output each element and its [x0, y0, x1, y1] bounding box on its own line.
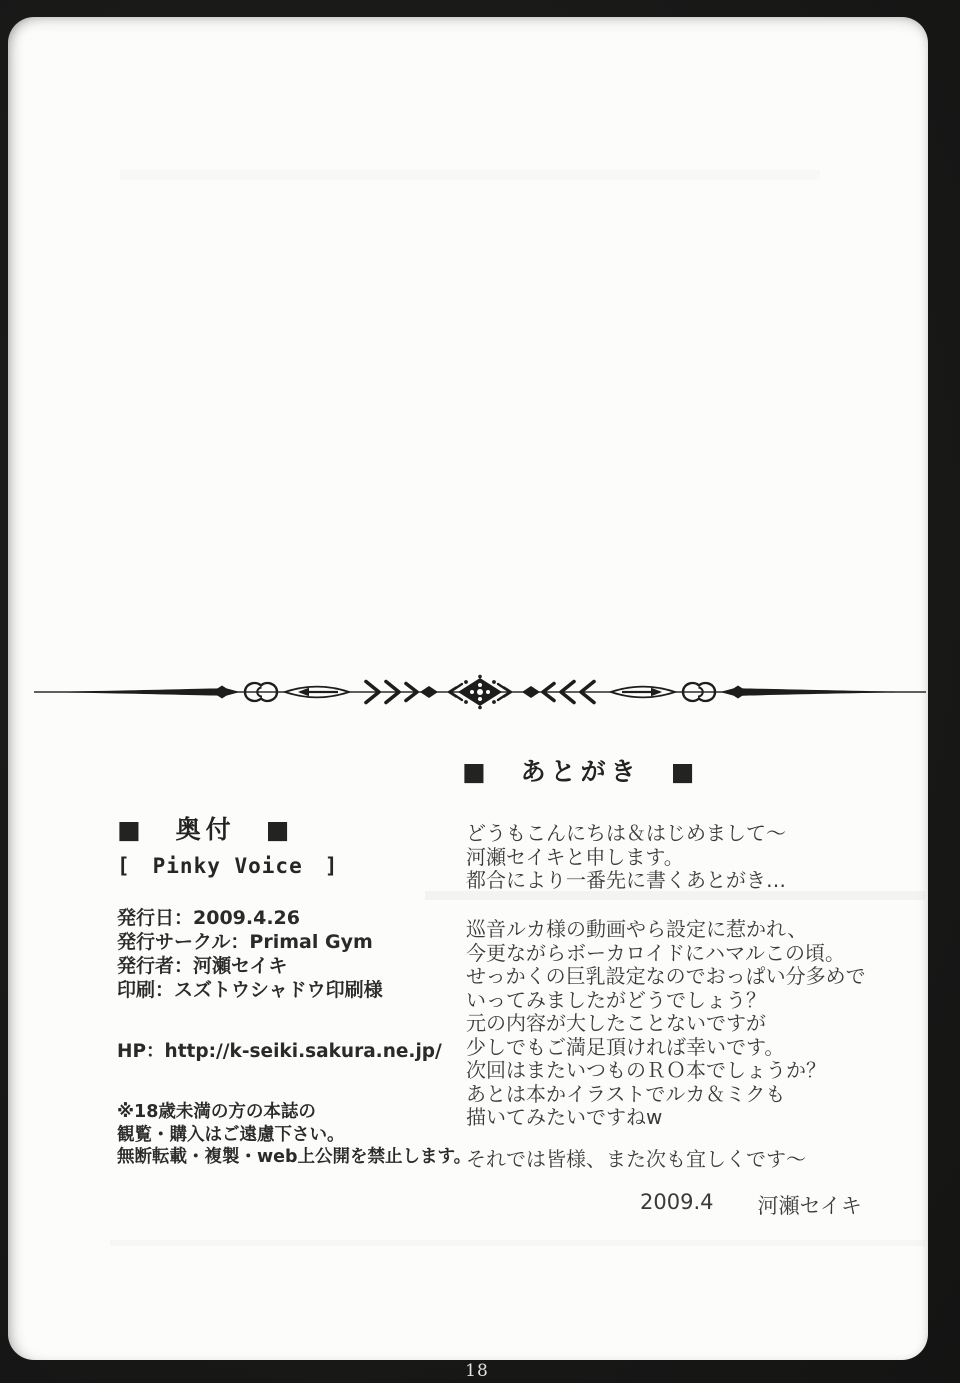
afterword-paragraph-1: どうもこんにちは＆はじめまして～ 河瀬セイキと申します。 都合により一番先に書く… [466, 822, 786, 893]
afterword-line: せっかくの巨乳設定なのでおっぱい分多めで [466, 965, 866, 989]
ornamental-divider [30, 672, 930, 712]
afterword-line: あとは本かイラストでルカ＆ミクも [466, 1083, 866, 1107]
afterword-line: 次回はまたいつものＲＯ本でしょうか？ [466, 1059, 866, 1083]
afterword-heading: ■ あとがき ■ [462, 752, 699, 788]
afterword-line: いってみましたがどうでしょう？ [466, 989, 866, 1013]
afterword-line: 都合により一番先に書くあとがき… [466, 869, 786, 893]
afterword-line: 描いてみたいですねw [466, 1106, 866, 1130]
age-warning-line: 観覧・購入はご遠慮下さい。 [117, 1124, 471, 1147]
afterword-line: それでは皆様、また次も宜しくです～ [466, 1148, 806, 1172]
afterword-line: 今更ながらボーカロイドにハマルこの頃。 [466, 942, 866, 966]
age-warning-line: ※18歳未満の方の本誌の [117, 1101, 471, 1124]
afterword-line: 少しでもご満足頂ければ幸いです。 [466, 1036, 866, 1060]
age-warning: ※18歳未満の方の本誌の 観覧・購入はご遠慮下さい。 無断転載・複製・web上公… [117, 1101, 471, 1169]
publication-details: 発行日：2009.4.26 発行サークル：Primal Gym 発行者：河瀬セイ… [117, 906, 383, 1002]
signature-date: 2009.4 [640, 1190, 713, 1220]
colophon-heading: ■ 奥付 ■ [117, 810, 294, 846]
circle-line: 発行サークル：Primal Gym [117, 930, 383, 954]
divider-center-ornament [458, 675, 502, 710]
printer-line: 印刷：スズトウシャドウ印刷様 [117, 978, 383, 1002]
afterword-line: 巡音ルカ様の動画やら設定に惹かれ、 [466, 918, 866, 942]
afterword-line: どうもこんにちは＆はじめまして～ [466, 822, 786, 846]
page-number: 18 [0, 1361, 957, 1381]
book-title: [ Pinky Voice ] [117, 850, 338, 880]
scan-background: ■ あとがき ■ どうもこんにちは＆はじめまして～ 河瀬セイキと申します。 都合… [0, 0, 960, 1383]
afterword-paragraph-3: それでは皆様、また次も宜しくです～ [466, 1148, 806, 1172]
afterword-line: 河瀬セイキと申します。 [466, 846, 786, 870]
afterword-line: 元の内容が大したことないですが [466, 1012, 866, 1036]
afterword-paragraph-2: 巡音ルカ様の動画やら設定に惹かれ、 今更ながらボーカロイドにハマルこの頃。 せっ… [466, 918, 866, 1130]
signature: 2009.4 河瀬セイキ [640, 1190, 862, 1220]
age-warning-line: 無断転載・複製・web上公開を禁止します。 [117, 1146, 471, 1169]
publisher-line: 発行者：河瀬セイキ [117, 954, 383, 978]
homepage-url-line: HP：http://k-seiki.sakura.ne.jp/ [117, 1037, 442, 1063]
publish-date-line: 発行日：2009.4.26 [117, 906, 383, 930]
signature-name: 河瀬セイキ [757, 1190, 861, 1220]
